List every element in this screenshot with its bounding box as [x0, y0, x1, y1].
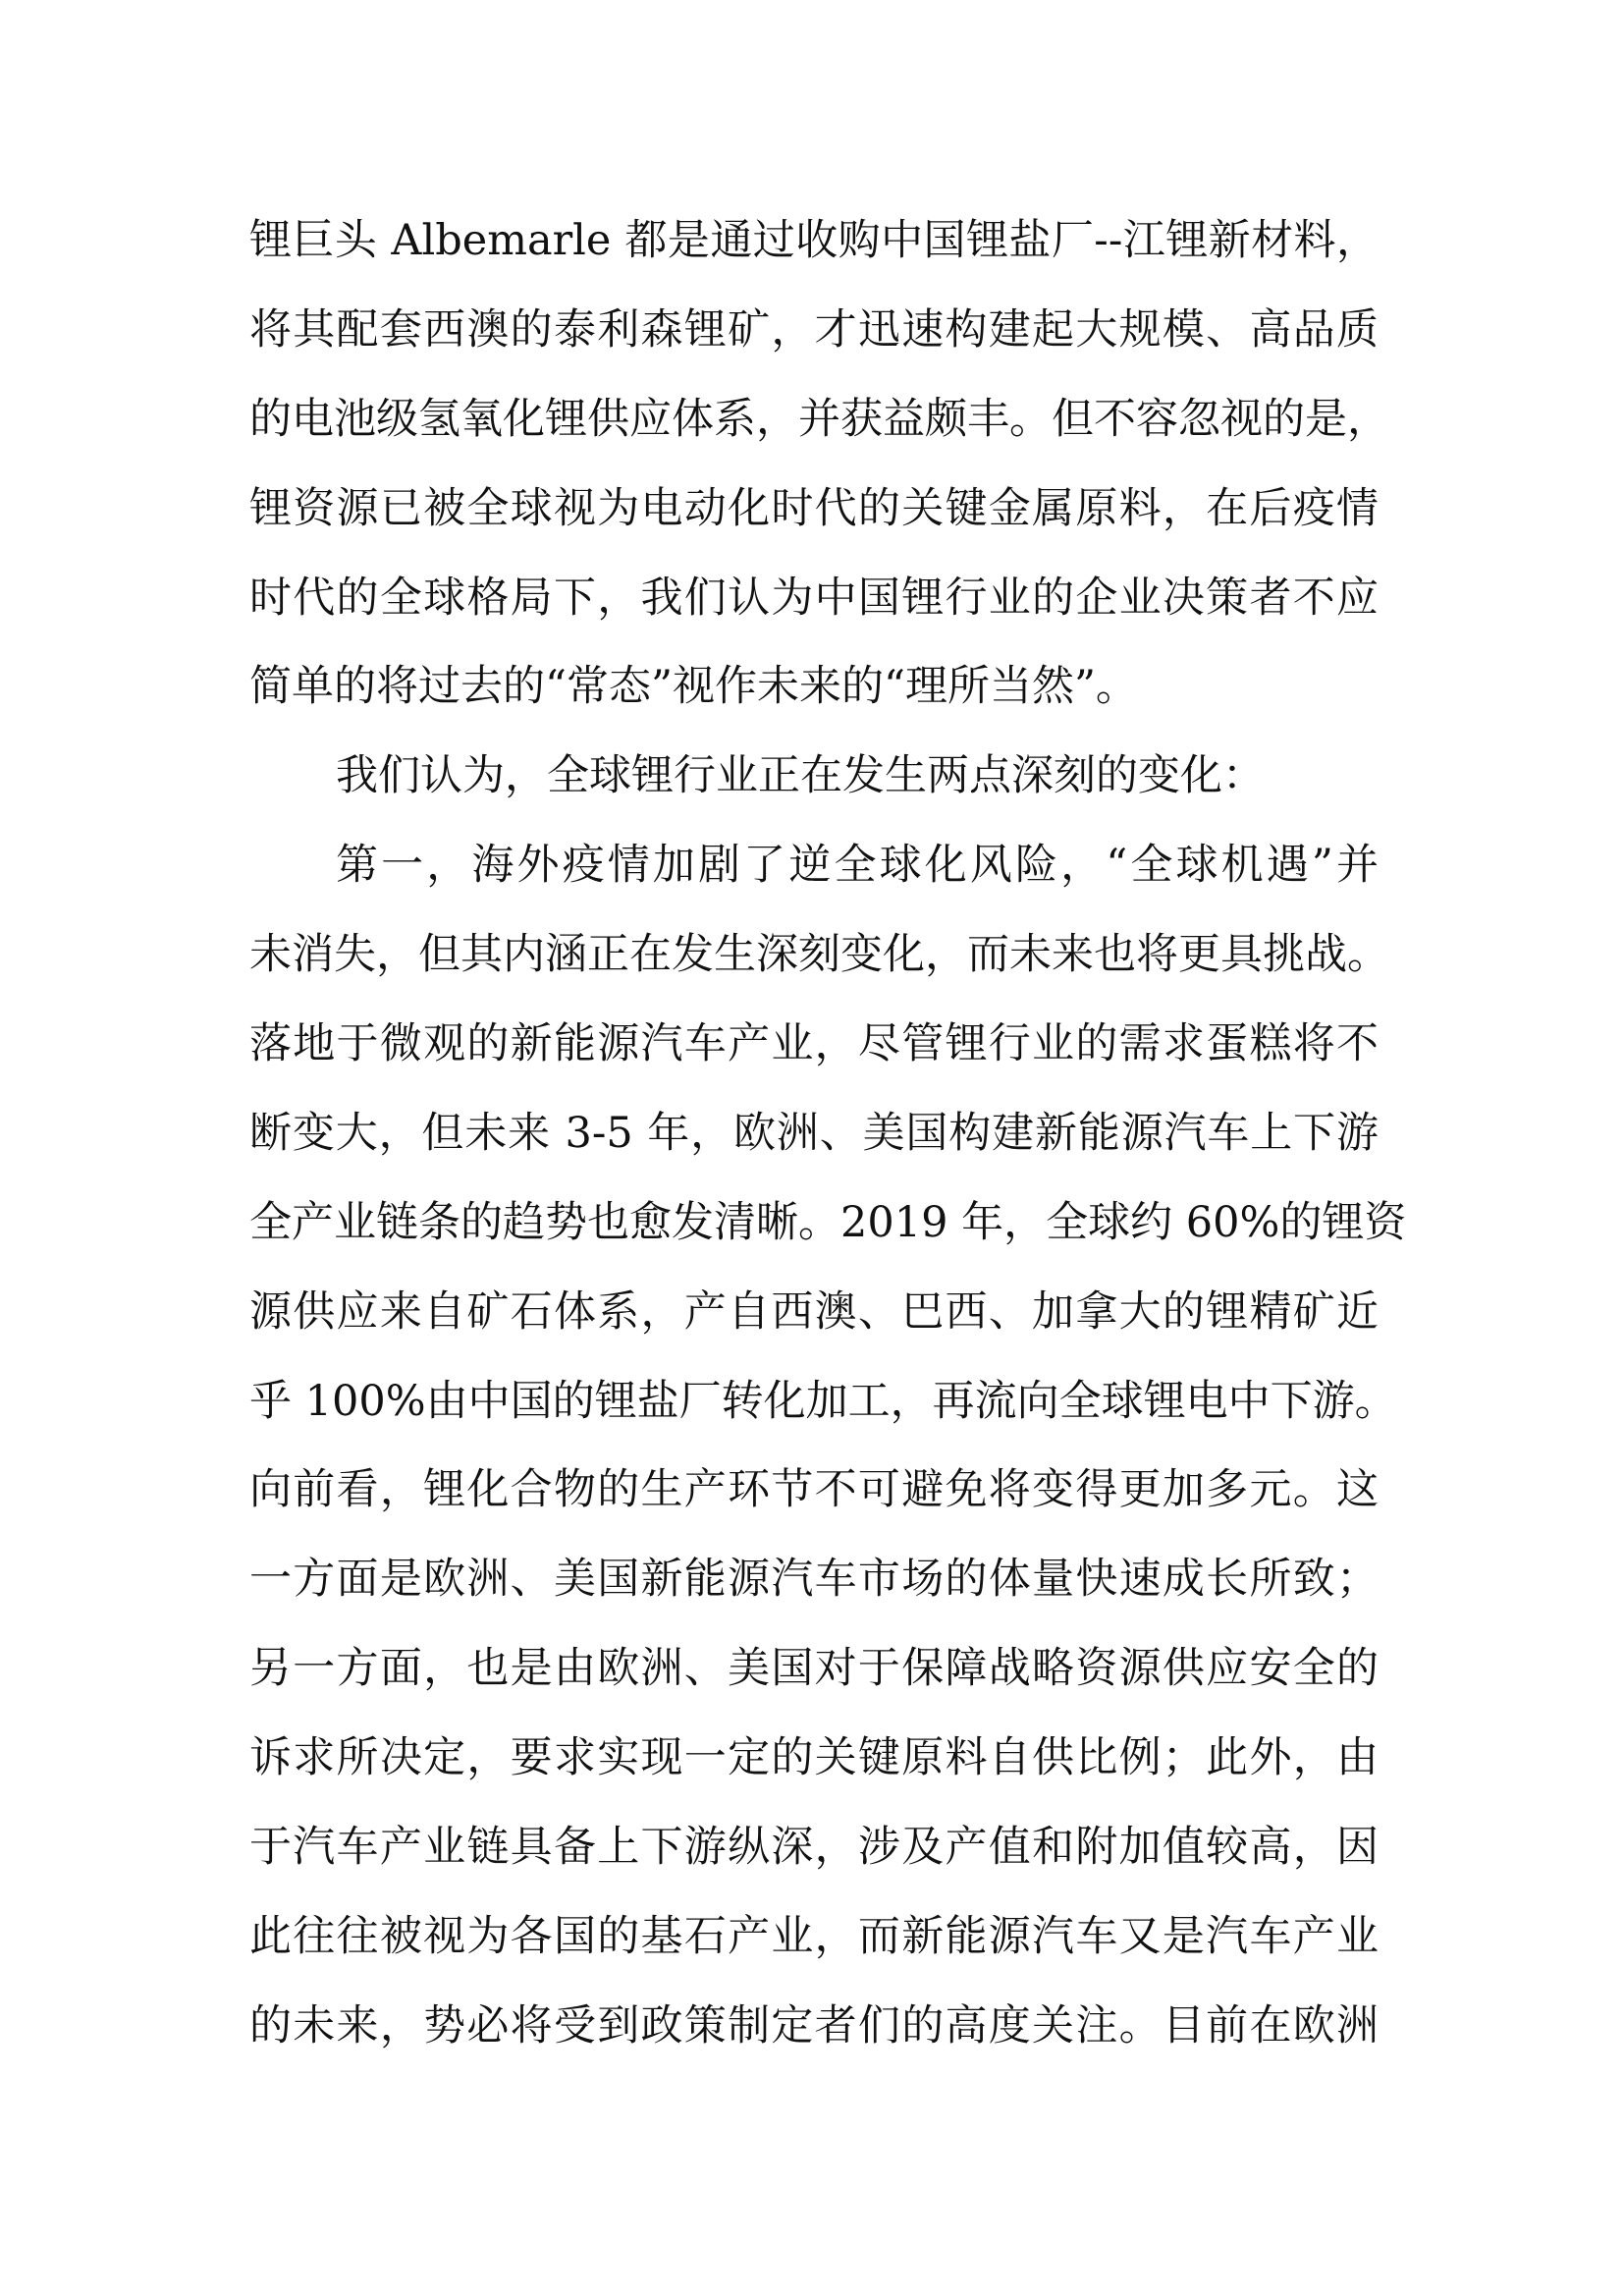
- text-line: 源供应来自矿石体系，产自西澳、巴西、加拿大的锂精矿近: [249, 1268, 1379, 1357]
- text-line: 此往往被视为各国的基石产业，而新能源汽车又是汽车产业: [249, 1892, 1379, 1982]
- text-line: 全产业链条的趋势也愈发清晰。2019 年，全球约 60%的锂资: [249, 1178, 1379, 1268]
- text-line: 另一方面，也是由欧洲、美国对于保障战略资源供应安全的: [249, 1624, 1379, 1714]
- document-page: 锂巨头 Albemarle 都是通过收购中国锂盐厂--江锂新材料， 将其配套西澳…: [0, 0, 1623, 2296]
- text-line: 的未来，势必将受到政策制定者们的高度关注。目前在欧洲: [249, 1982, 1379, 2071]
- paragraph-2: 我们认为，全球锂行业正在发生两点深刻的变化：: [249, 732, 1379, 821]
- text-line: 断变大，但未来 3-5 年，欧洲、美国构建新能源汽车上下游: [249, 1089, 1379, 1178]
- body-text: 锂巨头 Albemarle 都是通过收购中国锂盐厂--江锂新材料， 将其配套西澳…: [249, 196, 1379, 2071]
- text-line: 的电池级氢氧化锂供应体系，并获益颇丰。但不容忽视的是，: [249, 375, 1379, 465]
- text-line: 落地于微观的新能源汽车产业，尽管锂行业的需求蛋糕将不: [249, 1000, 1379, 1089]
- text-line: 我们认为，全球锂行业正在发生两点深刻的变化：: [249, 732, 1379, 821]
- text-line: 于汽车产业链具备上下游纵深，涉及产值和附加值较高，因: [249, 1803, 1379, 1892]
- text-line: 诉求所决定，要求实现一定的关键原料自供比例；此外，由: [249, 1714, 1379, 1803]
- text-line: 锂巨头 Albemarle 都是通过收购中国锂盐厂--江锂新材料，: [249, 196, 1379, 286]
- text-line: 将其配套西澳的泰利森锂矿，才迅速构建起大规模、高品质: [249, 286, 1379, 375]
- text-line: 第一，海外疫情加剧了逆全球化风险，“全球机遇”并: [249, 821, 1379, 910]
- text-line: 向前看，锂化合物的生产环节不可避免将变得更加多元。这: [249, 1446, 1379, 1535]
- text-line: 时代的全球格局下，我们认为中国锂行业的企业决策者不应: [249, 554, 1379, 643]
- text-line: 简单的将过去的“常态”视作未来的“理所当然”。: [249, 642, 1379, 732]
- text-line: 一方面是欧洲、美国新能源汽车市场的体量快速成长所致；: [249, 1535, 1379, 1624]
- text-line: 乎 100%由中国的锂盐厂转化加工，再流向全球锂电中下游。: [249, 1357, 1379, 1447]
- text-line: 未消失，但其内涵正在发生深刻变化，而未来也将更具挑战。: [249, 910, 1379, 1000]
- paragraph-3: 第一，海外疫情加剧了逆全球化风险，“全球机遇”并 未消失，但其内涵正在发生深刻变…: [249, 821, 1379, 2070]
- text-line: 锂资源已被全球视为电动化时代的关键金属原料，在后疫情: [249, 465, 1379, 554]
- paragraph-1: 锂巨头 Albemarle 都是通过收购中国锂盐厂--江锂新材料， 将其配套西澳…: [249, 196, 1379, 732]
